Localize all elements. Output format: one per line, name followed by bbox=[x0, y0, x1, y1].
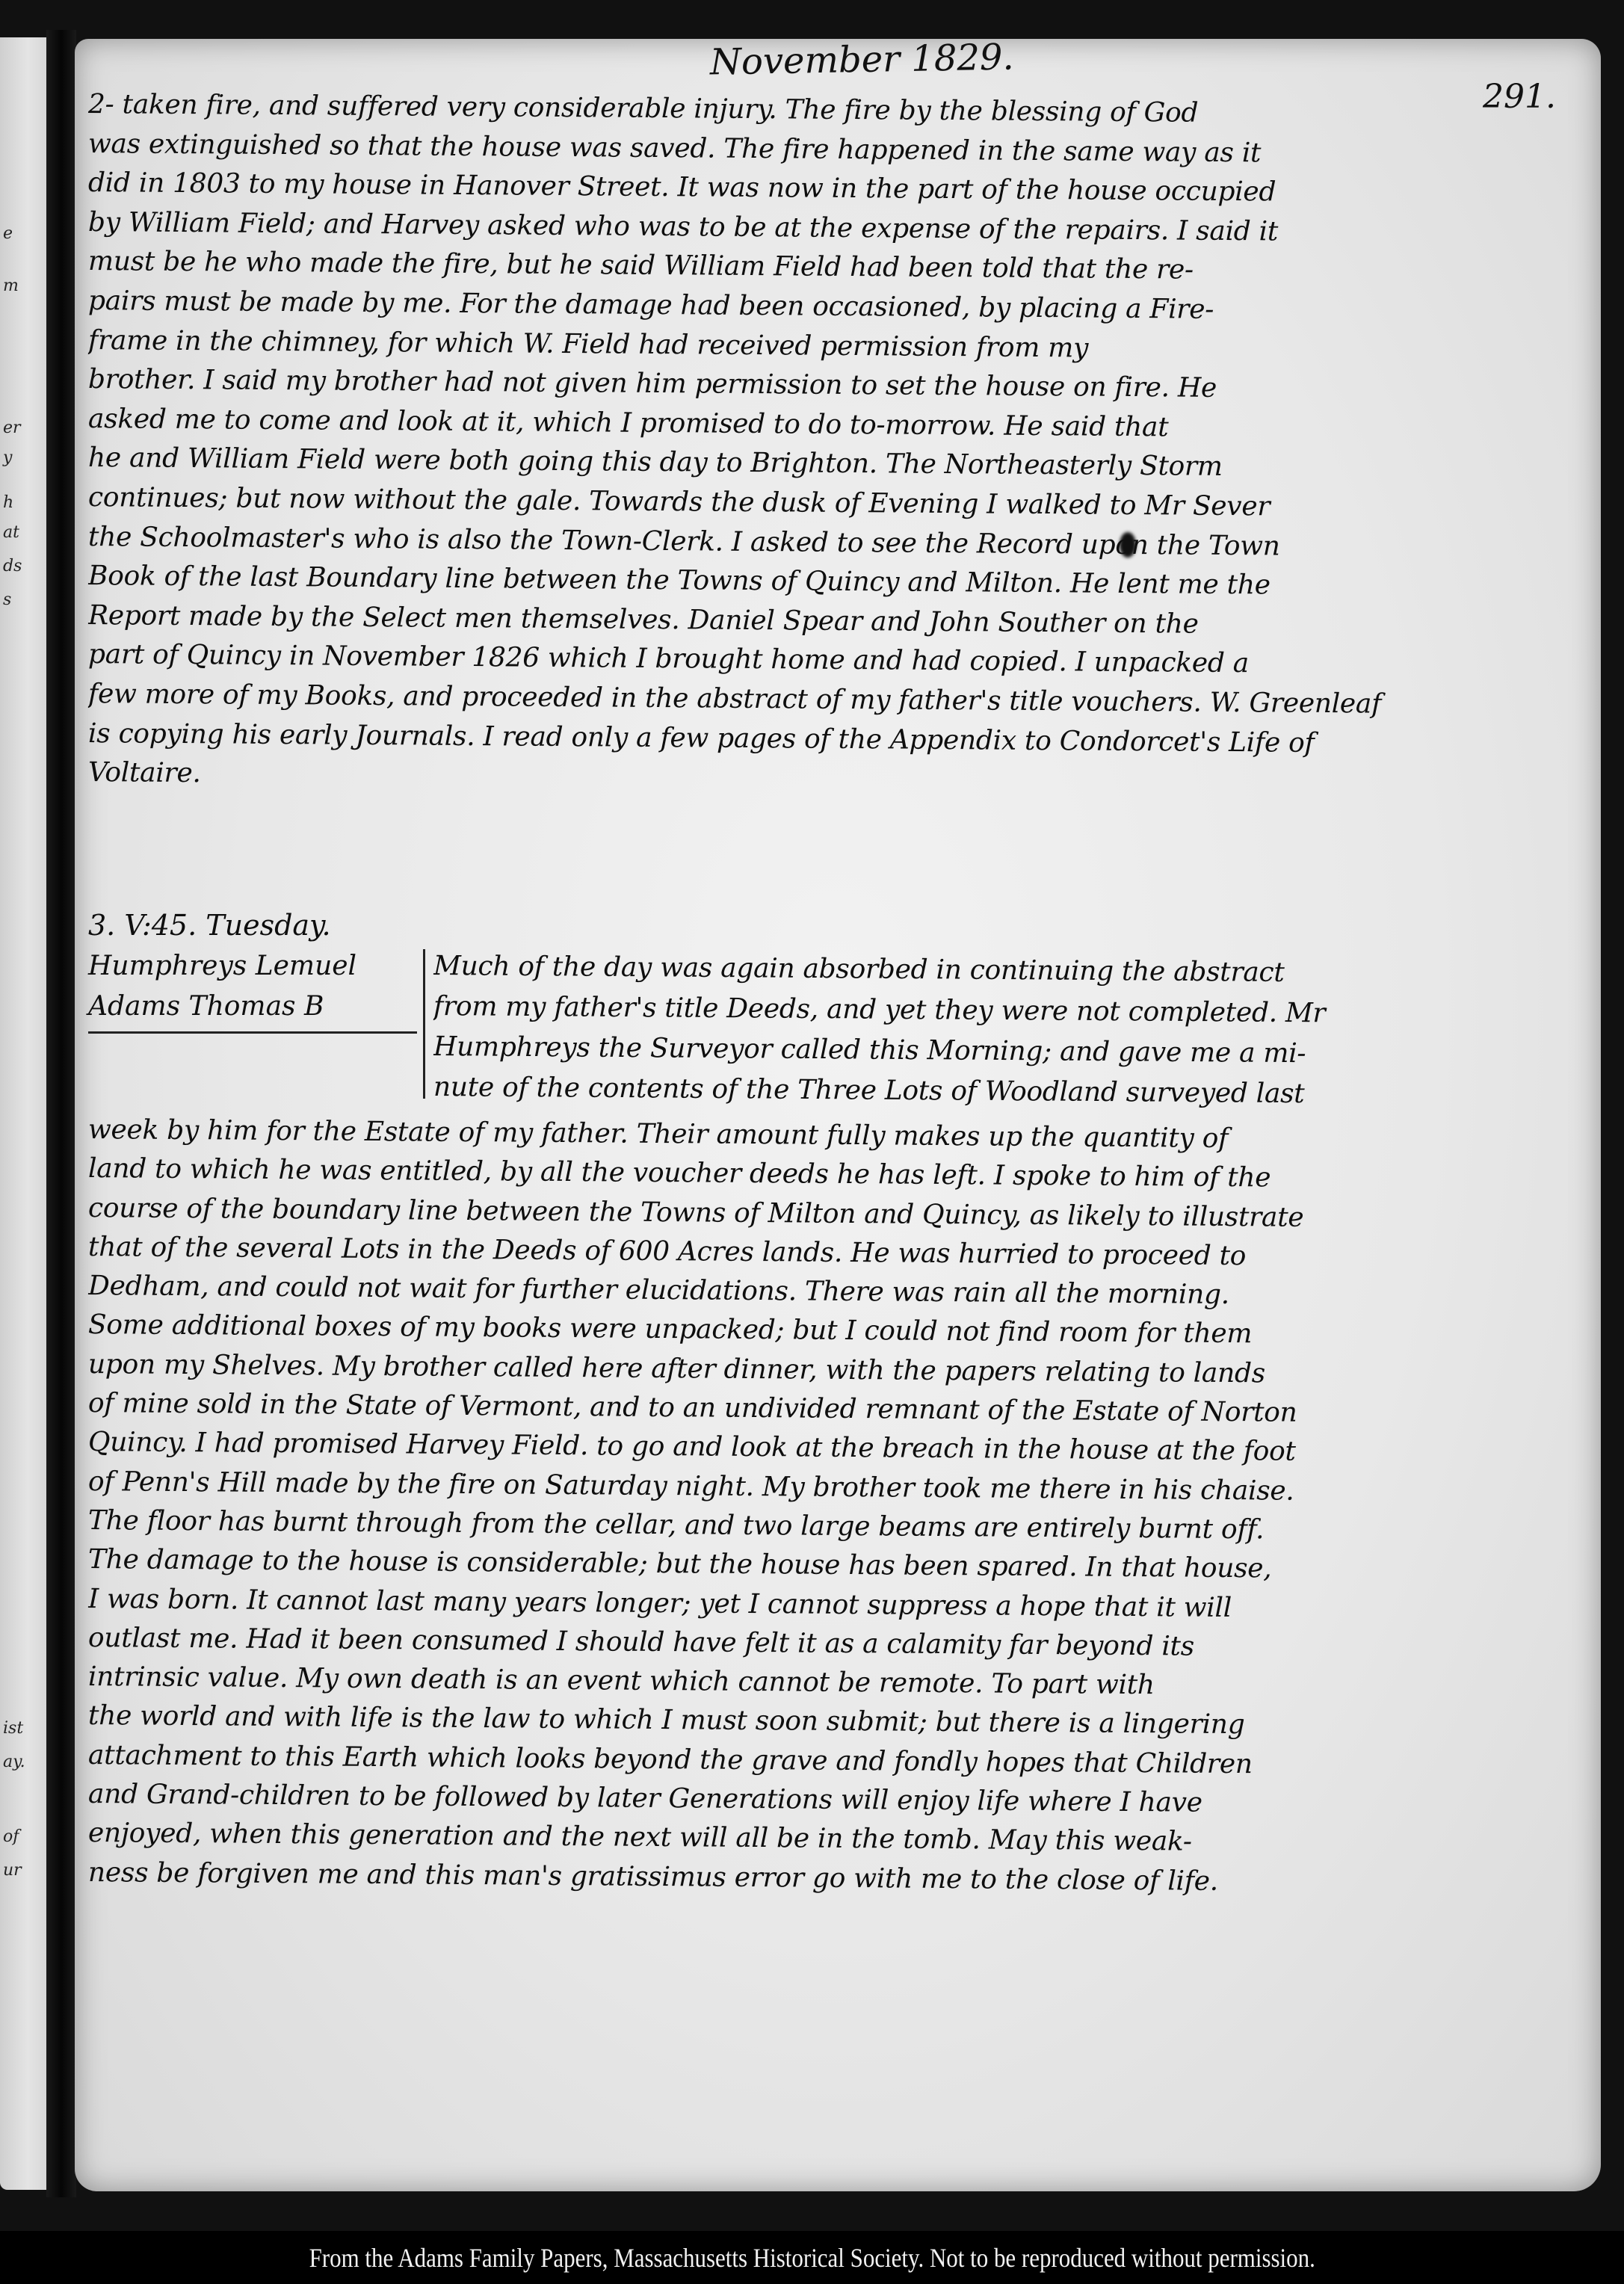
facing-page-fragment: m bbox=[3, 277, 19, 295]
marginal-name: Humphreys Lemuel bbox=[88, 946, 417, 987]
entry-indented-text: Much of the day was again absorbed in co… bbox=[433, 946, 1584, 1108]
text-line: nute of the contents of the Three Lots o… bbox=[433, 1067, 1584, 1117]
facing-page-edge: emeryhatdssistay.ofur bbox=[0, 37, 46, 2190]
facing-page-fragment: h bbox=[3, 493, 13, 512]
book-gutter bbox=[46, 30, 76, 2197]
marginal-name-index: Humphreys Lemuel Adams Thomas B bbox=[88, 946, 417, 1034]
facing-page-fragment: er bbox=[3, 419, 21, 437]
facing-page-fragment: e bbox=[3, 224, 13, 243]
facing-page-fragment: ay. bbox=[3, 1753, 25, 1771]
page-heading: November 1829. bbox=[710, 39, 1015, 84]
manuscript-page: November 1829. 291. 2- taken fire, and s… bbox=[75, 39, 1601, 2191]
facing-page-fragment: y bbox=[3, 448, 12, 467]
entry-header-block: Humphreys Lemuel Adams Thomas B Much of … bbox=[88, 946, 1583, 1111]
facing-page-fragment: ist bbox=[3, 1719, 23, 1738]
ink-blot bbox=[1120, 532, 1136, 558]
facing-page-fragment: at bbox=[3, 523, 19, 542]
entry-date: 3. V:45. Tuesday. bbox=[88, 904, 1583, 946]
facing-page-fragment: ds bbox=[3, 557, 22, 575]
entry-body-text: week by him for the Estate of my father.… bbox=[88, 1111, 1583, 1892]
copyright-caption-bar: From the Adams Family Papers, Massachuse… bbox=[0, 2231, 1624, 2284]
copyright-caption: From the Adams Family Papers, Massachuse… bbox=[309, 2242, 1315, 2274]
facing-page-fragment: ur bbox=[3, 1861, 22, 1880]
facing-page-fragment: s bbox=[3, 590, 11, 609]
marginal-name: Adams Thomas B bbox=[88, 987, 417, 1027]
diary-entry: 3. V:45. Tuesday. Humphreys Lemuel Adams… bbox=[88, 904, 1583, 1111]
facing-page-fragment: of bbox=[3, 1827, 19, 1846]
bracket-divider bbox=[423, 949, 430, 1099]
manuscript-scan: emeryhatdssistay.ofur November 1829. 291… bbox=[0, 0, 1624, 2231]
diary-text-continued: 2- taken fire, and suffered very conside… bbox=[88, 85, 1583, 793]
